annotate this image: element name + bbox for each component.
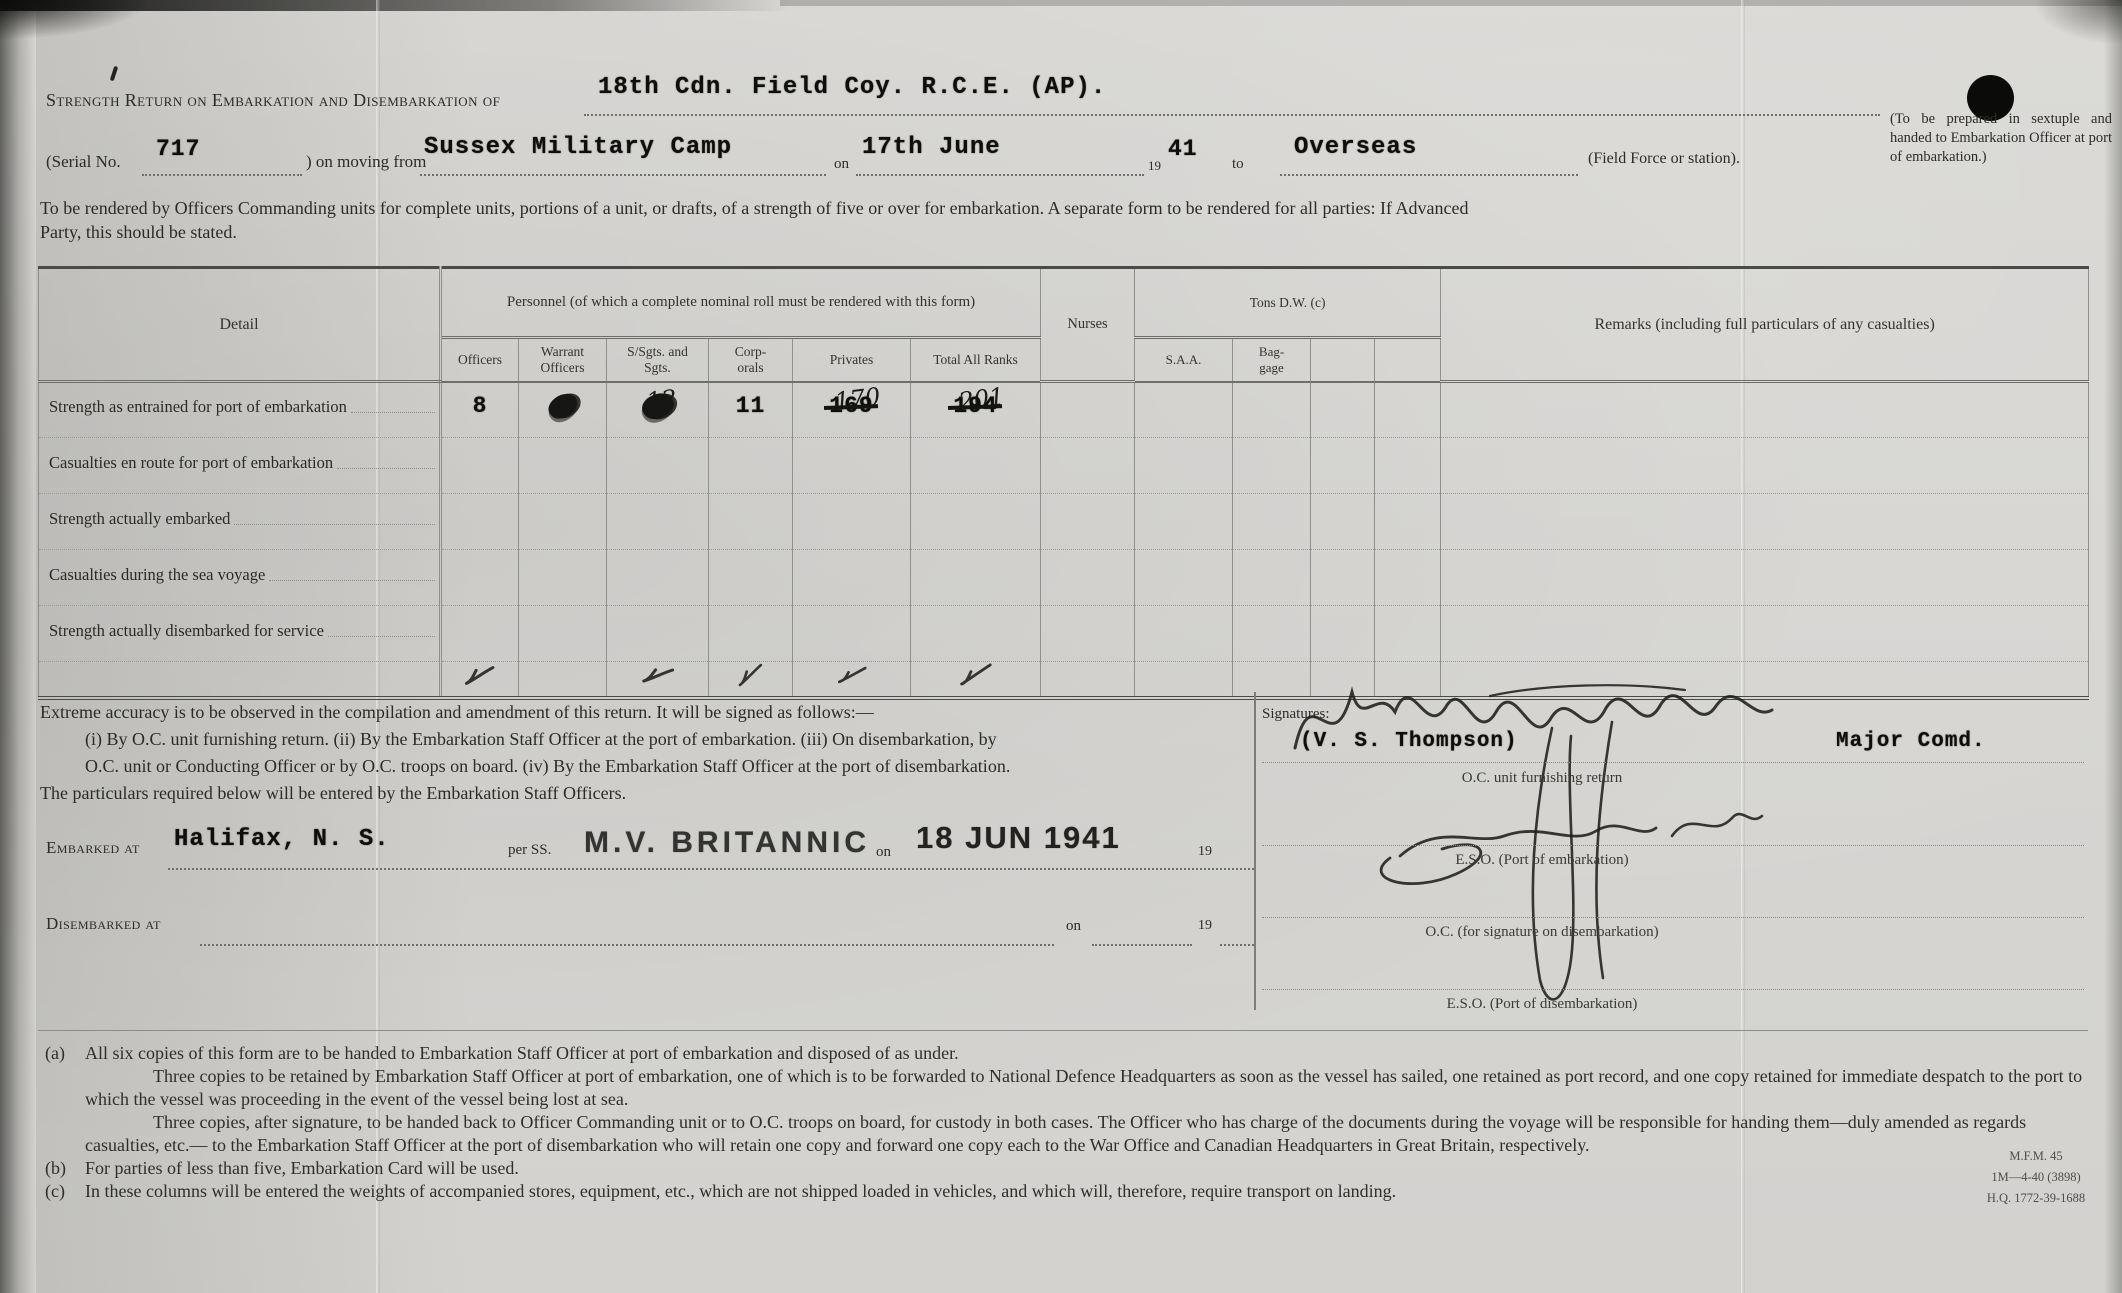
footnotes: (a) All six copies of this form are to b… (38, 1042, 2090, 1203)
strength-table: Detail Personnel (of which a complete no… (38, 266, 2089, 700)
ink-blot (544, 388, 581, 424)
embarked-year-prefix: 19 (1198, 844, 1212, 860)
serial-number-typed: 717 (156, 136, 200, 162)
signature-caption-eso-disembark: E.S.O. (Port of disembarkation) (1262, 996, 1822, 1013)
col-baggage: Bag- gage (1233, 338, 1311, 382)
pencil-checkmark (462, 664, 499, 694)
tons-blank-col-2 (1375, 338, 1441, 382)
row-label: Strength as entrained for port of embark… (39, 397, 439, 423)
accuracy-note-line2: (i) By O.C. unit furnishing return. (ii)… (85, 729, 1250, 750)
tons-blank-col-1 (1311, 338, 1375, 382)
embarked-on-label: on (876, 844, 891, 861)
pencil-checkmark (733, 662, 768, 696)
struck-value: 169 (829, 393, 873, 419)
footnote-a: (a) All six copies of this form are to b… (38, 1042, 2090, 1065)
footnote-a-para2: Three copies, after signature, to be han… (38, 1111, 2090, 1157)
signature-caption-oc-disembark: O.C. (for signature on disembarkation) (1262, 924, 1822, 941)
col-total: Total All Ranks (911, 338, 1041, 382)
entrained-privates: 170 169 (793, 393, 910, 426)
remarks-column-header: Remarks (including full particulars of a… (1441, 268, 2089, 382)
form-reference-codes: M.F.M. 45 1M—4-40 (3898) H.Q. 1772-39-16… (1948, 1146, 2122, 1209)
handwritten-signatures (1240, 650, 2100, 1030)
unit-name-typed: 18th Cdn. Field Coy. R.C.E. (AP). (598, 74, 1106, 101)
personnel-group-header: Personnel (of which a complete nominal r… (441, 268, 1041, 338)
signatory-name-typed: (V. S. Thompson) (1300, 730, 1518, 753)
scan-corner-smudge-right (2035, 0, 2122, 44)
signature-rule-2 (1262, 845, 2084, 846)
disembarked-year-prefix: 19 (1198, 918, 1212, 934)
entrained-total: 201 194 (911, 393, 1040, 426)
form-code: M.F.M. 45 (1948, 1146, 2122, 1167)
date-fill-line (856, 174, 1144, 176)
col-corporals: Corp- orals (709, 338, 793, 382)
signature-rule-1 (1262, 762, 2084, 763)
serial-label: (Serial No. (46, 152, 121, 172)
signature-rule-3 (1262, 917, 2084, 918)
render-note-line1: To be rendered by Officers Commanding un… (40, 198, 1840, 219)
col-warrant-officers: Warrant Officers (519, 338, 607, 382)
to-label: to (1232, 156, 1244, 173)
row-label: Strength actually disembarked for servic… (39, 621, 439, 647)
accuracy-note-line1: Extreme accuracy is to be observed in th… (40, 702, 1250, 723)
accuracy-note-line4: The particulars required below will be e… (40, 783, 1250, 804)
disembarked-at-label: Disembarked at (46, 914, 161, 934)
scan-right-edge (2104, 0, 2122, 1293)
serial-fill-line (142, 174, 302, 176)
struck-value: 194 (953, 393, 997, 419)
scan-left-edge (0, 0, 36, 1293)
entrained-corporals: 11 (709, 393, 792, 426)
pencil-checkmark (640, 664, 676, 693)
disembarked-fill-line (200, 944, 1054, 946)
from-fill-line (420, 174, 826, 176)
move-date-typed: 17th June (862, 134, 1001, 161)
scan-corner-smudge-left (0, 0, 150, 40)
on-label: on (834, 156, 849, 173)
form-code: H.Q. 1772-39-1688 (1948, 1188, 2122, 1209)
embarked-fill-line (168, 868, 1250, 870)
detail-column-header: Detail (39, 268, 441, 382)
disembarked-on-label: on (1066, 918, 1081, 935)
footnote-b: (b) For parties of less than five, Embar… (38, 1157, 2090, 1180)
form-title: Strength Return on Embarkation and Disem… (46, 90, 500, 111)
ship-name-stamp: M.V. BRITANNIC (584, 826, 870, 860)
col-ssgts: S/Sgts. and Sgts. (607, 338, 709, 382)
scanned-strength-return-form: Strength Return on Embarkation and Disem… (0, 0, 2122, 1293)
signature-caption-eso-embark: E.S.O. (Port of embarkation) (1262, 852, 1822, 869)
entrained-warrant-blot (519, 395, 606, 424)
form-code: 1M—4-40 (3898) (1948, 1167, 2122, 1188)
entrained-officers: 8 (442, 393, 518, 426)
unit-fill-line (584, 114, 1880, 116)
pencil-checkmark (834, 664, 870, 693)
entrained-ssgts: 12 (607, 394, 708, 425)
pencil-checkmark (955, 662, 997, 696)
from-place-typed: Sussex Military Camp (424, 134, 732, 161)
signature-rule-4 (1262, 989, 2084, 990)
year-prefix: 19 (1148, 158, 1161, 174)
footnote-c: (c) In these columns will be entered the… (38, 1180, 2090, 1203)
embarked-at-label: Embarked at (46, 838, 140, 858)
nurses-column-header: Nurses (1041, 268, 1135, 382)
signature-caption-oc-unit: O.C. unit furnishing return (1262, 770, 1822, 787)
move-year-typed: 41 (1168, 136, 1198, 162)
embarked-place-typed: Halifax, N. S. (174, 826, 390, 853)
destination-fill-line (1280, 174, 1578, 176)
accuracy-note-line3: O.C. unit or Conducting Officer or by O.… (85, 756, 1250, 777)
col-officers: Officers (441, 338, 519, 382)
render-note-line2: Party, this should be stated. (40, 222, 1840, 243)
footnotes-divider (38, 1030, 2088, 1031)
row-label: Casualties during the sea voyage (39, 565, 439, 591)
per-ss-label: per SS. (508, 842, 551, 859)
row-label: Casualties en route for port of embarkat… (39, 453, 439, 479)
row-label: Strength actually embarked (39, 509, 439, 535)
moving-from-label: ) on moving from (306, 152, 426, 172)
tons-group-header: Tons D.W. (c) (1135, 268, 1441, 338)
sextuple-note: (To be prepared in sextuple and handed t… (1890, 110, 2112, 167)
col-saa: S.A.A. (1135, 338, 1233, 382)
footnote-a-para1: Three copies to be retained by Embarkati… (38, 1065, 2090, 1111)
embark-date-stamp: 18 JUN 1941 (916, 820, 1121, 856)
scan-top-edge-light (780, 0, 2122, 6)
disembark-date-fill-line (1092, 944, 1192, 946)
destination-typed: Overseas (1294, 134, 1417, 161)
col-privates: Privates (793, 338, 911, 382)
station-label: (Field Force or station). (1588, 150, 1740, 168)
signatory-rank-typed: Major Comd. (1836, 730, 1986, 753)
